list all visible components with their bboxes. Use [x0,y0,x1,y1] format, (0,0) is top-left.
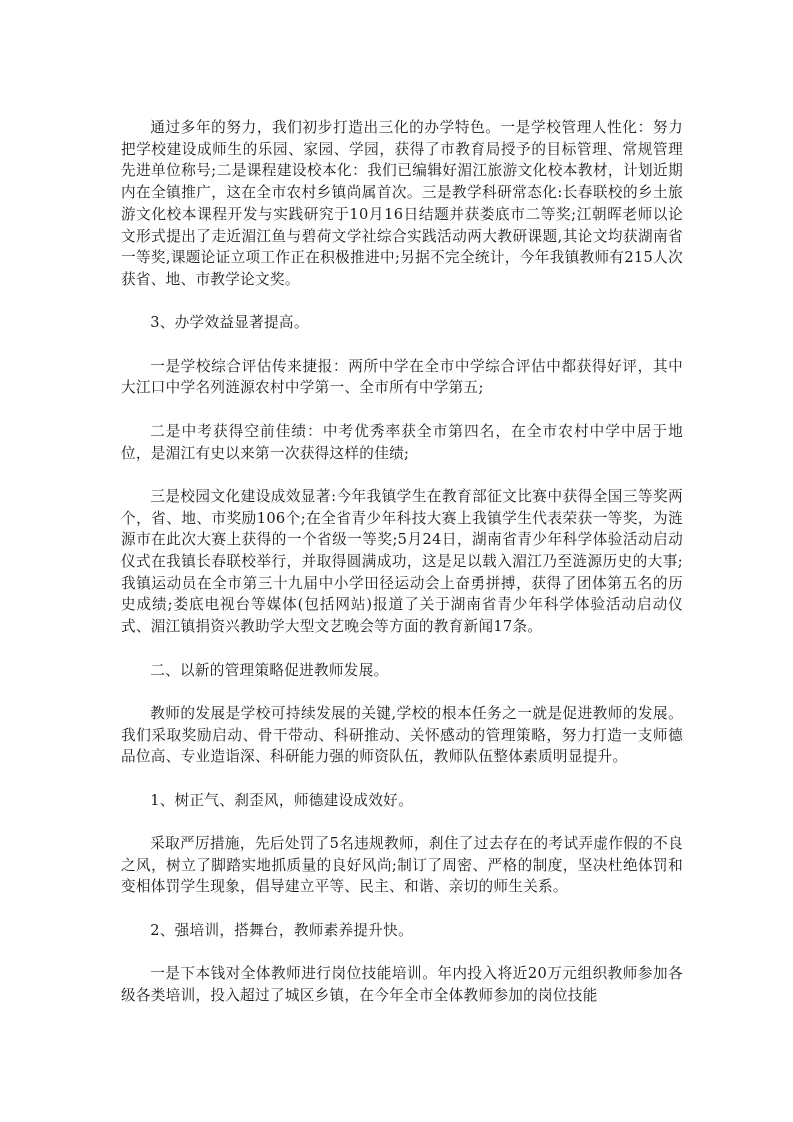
heading-teacher-development: 二、以新的管理策略促进教师发展。 [121,660,683,682]
heading-teacher-ethics: 1、树正气、刹歪风，师德建设成效好。 [121,790,683,812]
heading-school-results: 3、办学效益显著提高。 [121,312,683,334]
paragraph-discipline-measures: 采取严厉措施，先后处罚了5名违规教师，刹住了过去存在的考试弄虚作假的不良之风，树… [121,833,683,898]
paragraph-management-strategy: 教师的发展是学校可持续发展的关键,学校的根本任务之一就是促进教师的发展。我们采取… [121,703,683,768]
paragraph-training-investment: 一是下本钱对全体教师进行岗位技能培训。年内投入将近20万元组织教师参加各级各类培… [121,963,683,1006]
document-page: 通过多年的努力，我们初步打造出三化的办学特色。一是学校管理人性化：努力把学校建设… [121,117,683,1028]
paragraph-campus-culture: 三是校园文化建设成效显著:今年我镇学生在教育部征文比赛中获得全国三等奖两个，省、… [121,486,683,638]
paragraph-exam-results: 二是中考获得空前佳绩：中考优秀率获全市第四名，在全市农村中学中居于地位，是湄江有… [121,421,683,464]
paragraph-evaluation-news: 一是学校综合评估传来捷报：两所中学在全市中学综合评估中都获得好评，其中大江口中学… [121,356,683,399]
heading-training: 2、强培训，搭舞台，教师素养提升快。 [121,920,683,942]
paragraph-school-features: 通过多年的努力，我们初步打造出三化的办学特色。一是学校管理人性化：努力把学校建设… [121,117,683,291]
